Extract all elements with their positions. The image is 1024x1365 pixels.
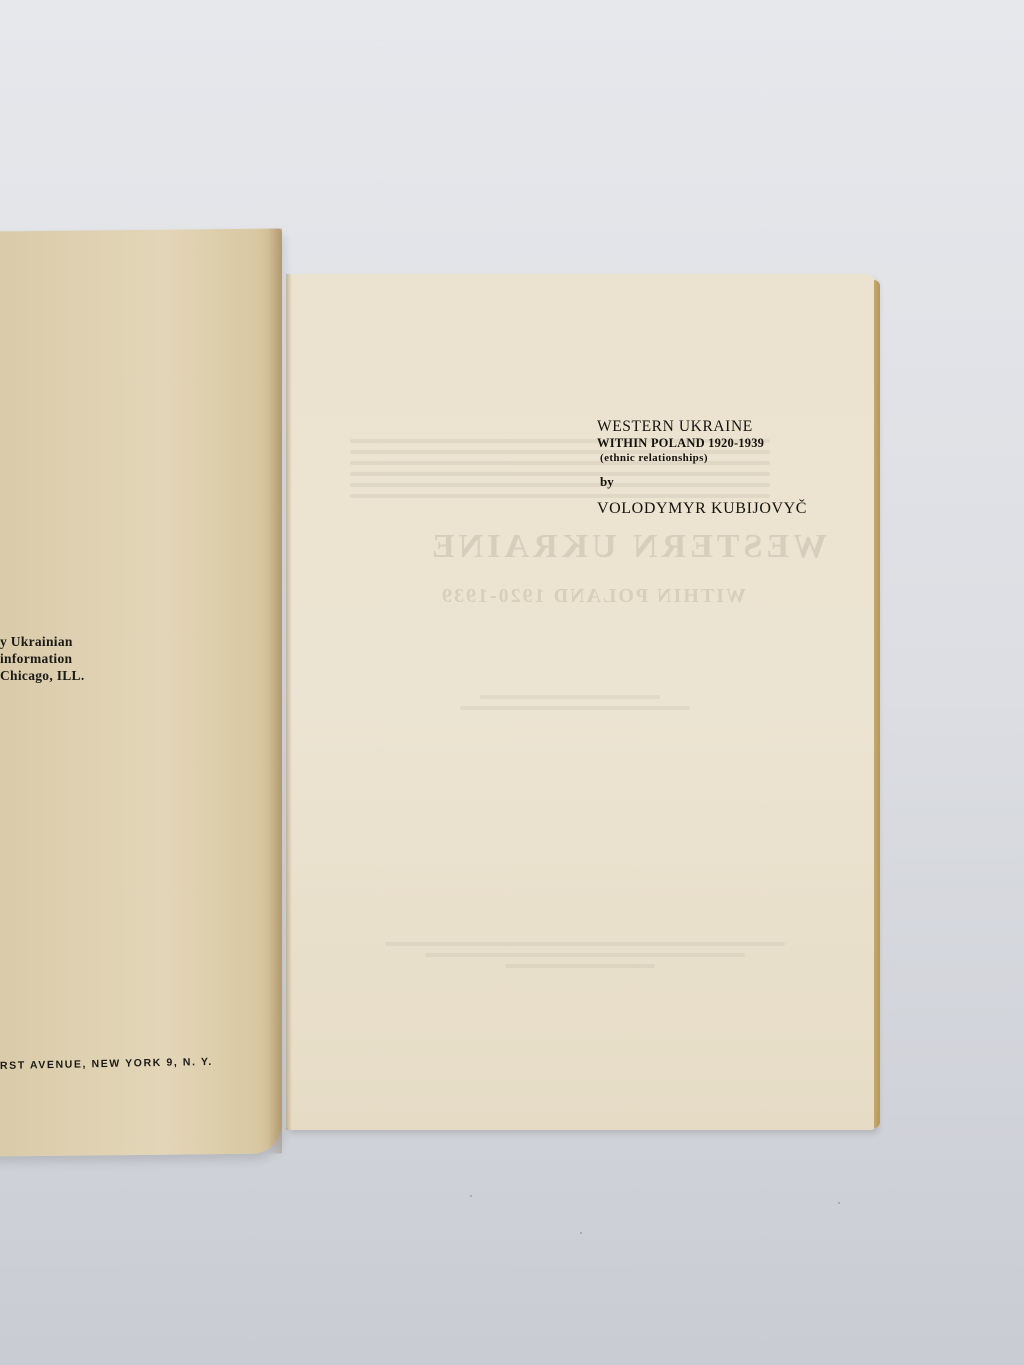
show-through-subheading: WITHIN POLAND 1920-1939 <box>440 585 746 608</box>
byline-label: by <box>600 474 807 490</box>
book-subtitle: WITHIN POLAND 1920-1939 <box>597 436 807 451</box>
show-through-footer <box>385 935 785 975</box>
page-edge <box>874 280 880 1128</box>
book-title: WESTERN UKRAINE <box>597 418 807 436</box>
book-subtitle-parenthetical: (ethnic relationships) <box>600 451 807 466</box>
left-page-inside-cover <box>0 228 282 1156</box>
imprint-line-2: information <box>0 650 85 667</box>
dust-speck <box>470 1195 472 1197</box>
dust-speck <box>838 1202 840 1204</box>
publisher-imprint: y Ukrainian information Chicago, ILL. <box>0 633 85 684</box>
author-name: VOLODYMYR KUBIJOVYČ <box>597 500 807 518</box>
show-through-heading: WESTERN UKRAINE <box>428 528 827 566</box>
imprint-line-1: y Ukrainian <box>0 633 85 650</box>
show-through-credits <box>440 688 700 717</box>
title-block: WESTERN UKRAINE WITHIN POLAND 1920-1939 … <box>597 418 807 518</box>
dust-speck <box>580 1232 582 1234</box>
imprint-line-3: Chicago, ILL. <box>0 667 85 684</box>
